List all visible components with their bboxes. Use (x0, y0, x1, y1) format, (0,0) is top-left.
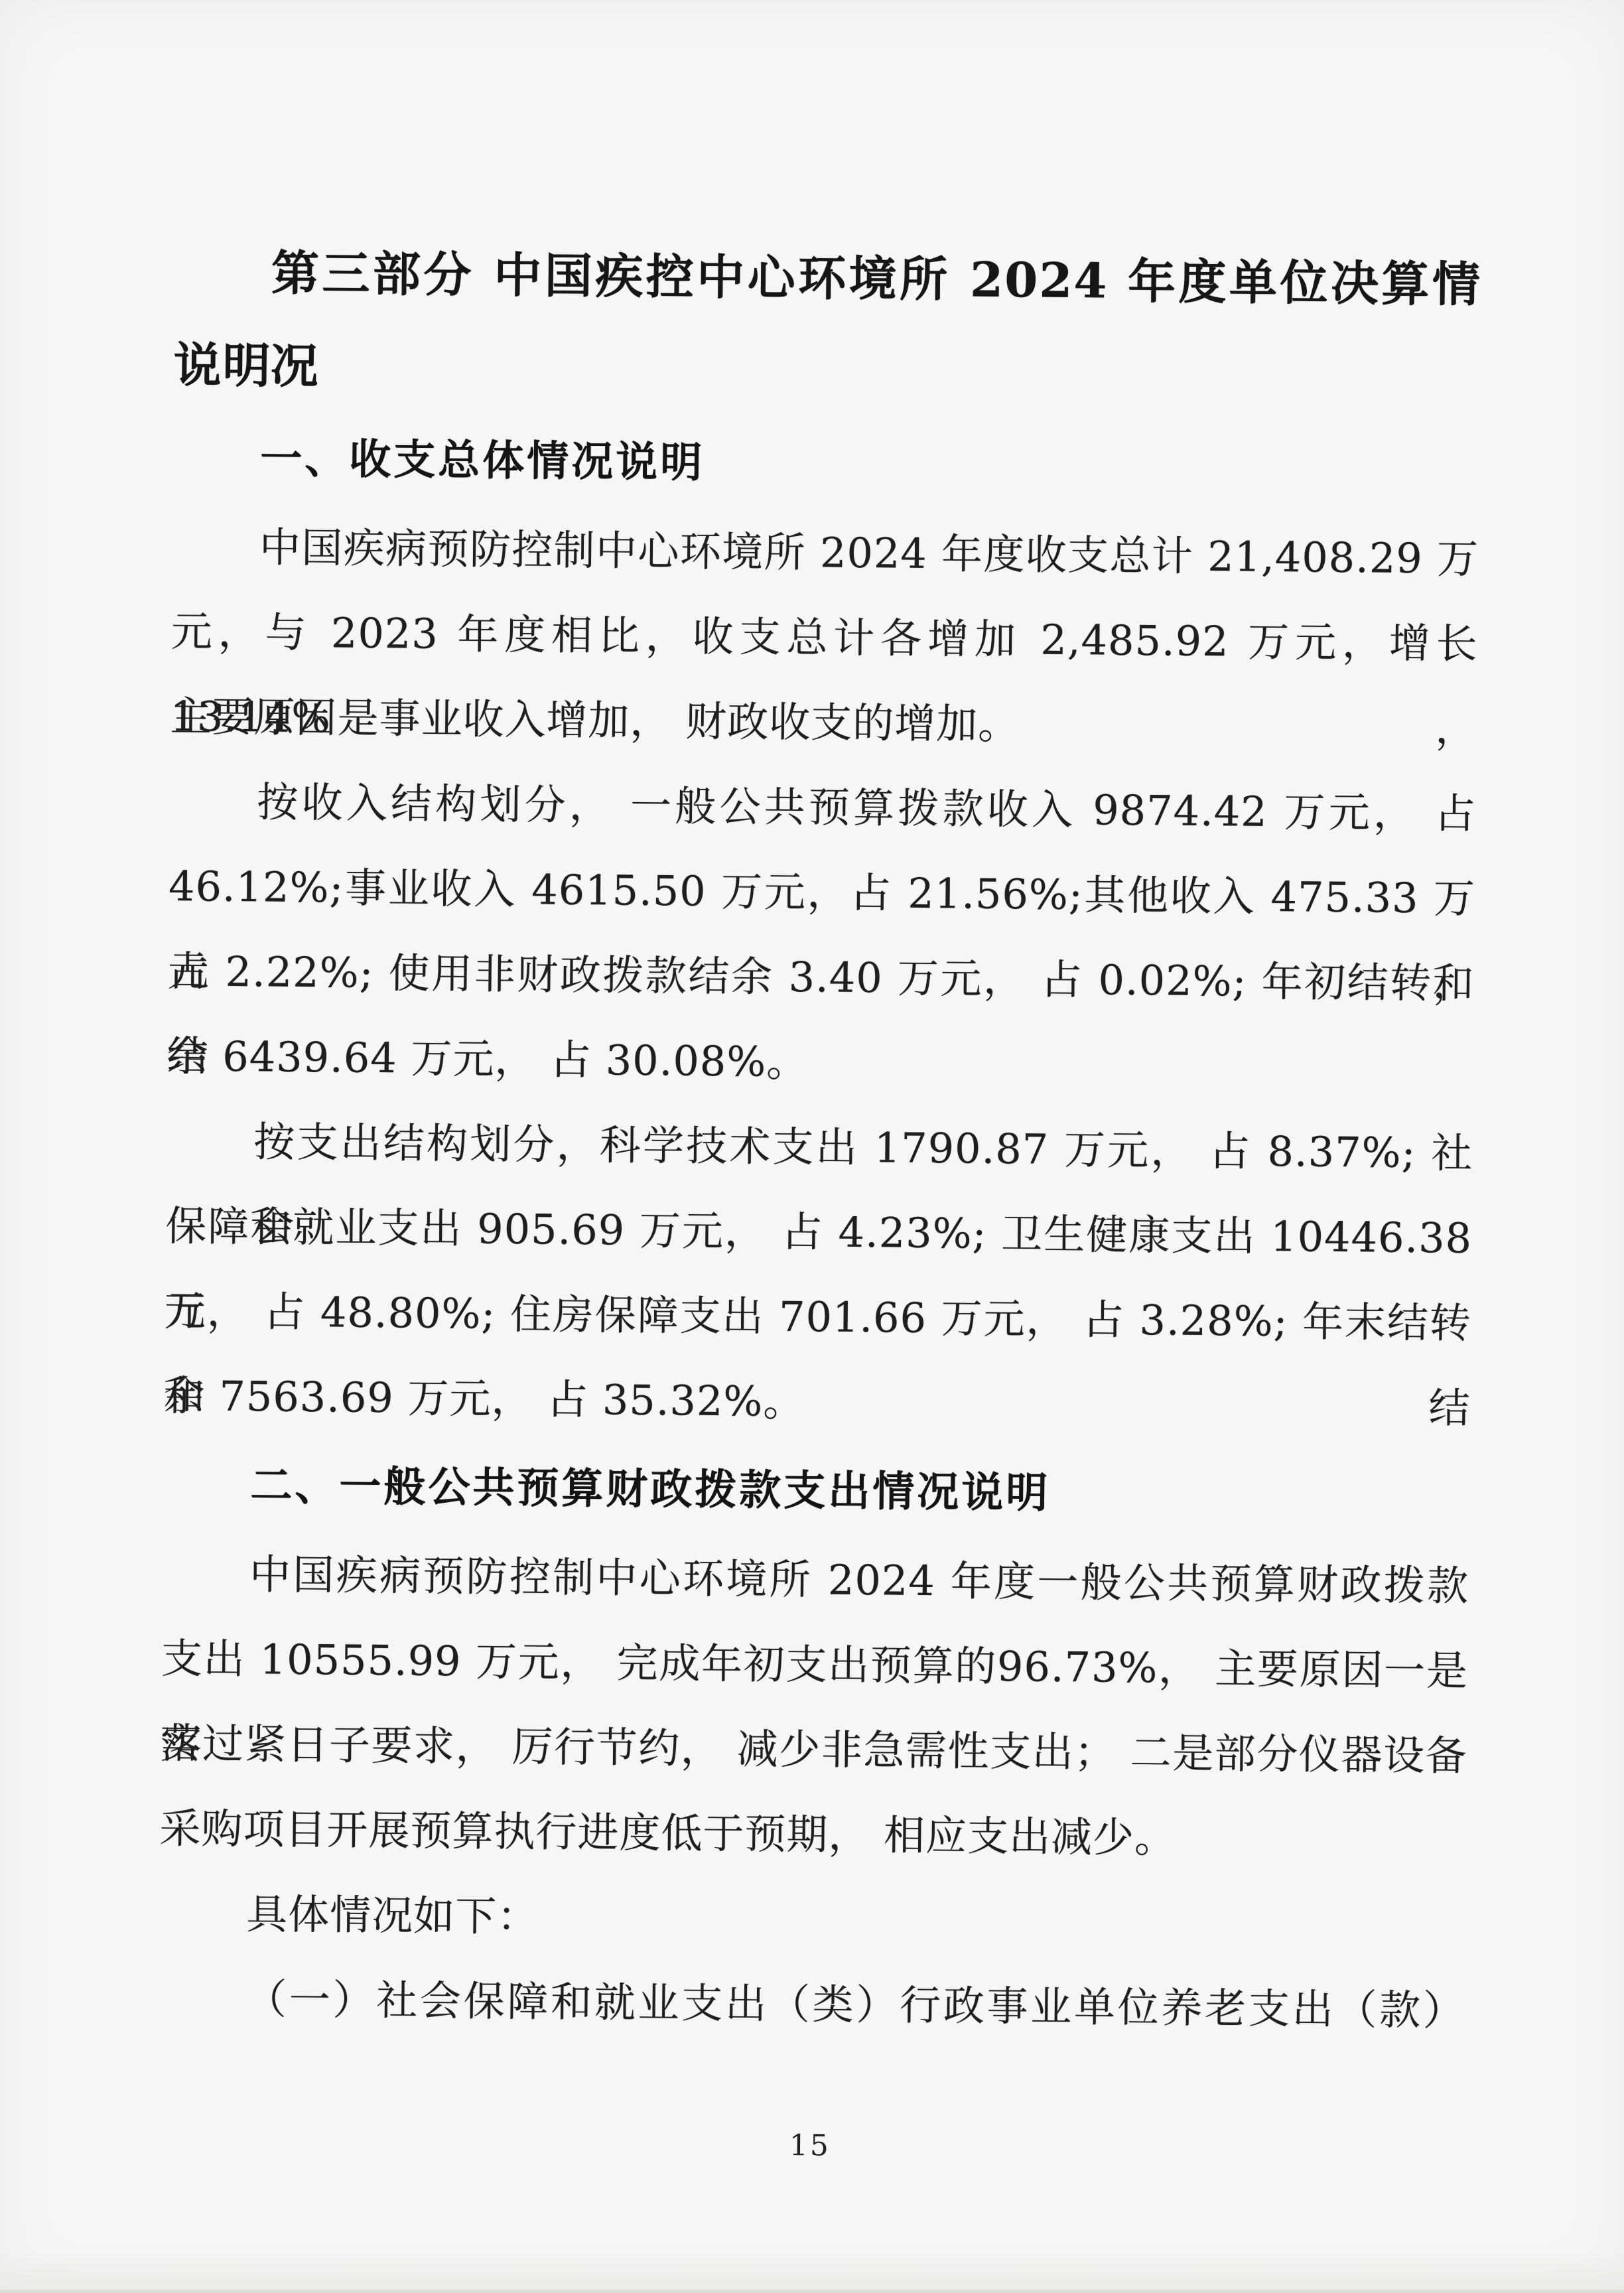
section-2-para-1-line-2: 支出 10555.99 万元， 完成年初支出预算的96.73%， 主要原因一是落 (161, 1616, 1468, 1714)
section-1-para-3-line-2: 保障和就业支出 905.69 万元， 占 4.23%; 卫生健康支出 10446… (165, 1184, 1473, 1281)
section-2-para-1-line-4: 采购项目开展预算执行进度低于预期， 相应支出减少。 (159, 1786, 1467, 1884)
section-1-para-3-line-3: 元， 占 48.80%; 住房保障支出 701.66 万元， 占 3.28%; … (164, 1269, 1471, 1366)
section-2-heading: 二、一般公共预算财政拨款支出情况说明 (163, 1438, 1470, 1544)
scanned-document-page: 第三部分 中国疾控中心环境所 2024 年度单位决算情况 说明 一、收支总体情况… (0, 0, 1624, 2293)
document-title-line-2: 说明 (173, 318, 1481, 424)
section-1-para-1-line-2: 元，与 2023 年度相比，收支总计各增加 2,485.92 万元，增长 13.… (170, 589, 1478, 687)
section-1-para-2-line-2: 46.12%;事业收入 4615.50 万元，占 21.56%;其他收入 475… (168, 844, 1475, 941)
document-content: 第三部分 中国疾控中心环境所 2024 年度单位决算情况 说明 一、收支总体情况… (157, 226, 1481, 2053)
section-1-para-2-line-3: 占 2.22%; 使用非财政拨款结余 3.40 万元， 占 0.02%; 年初结… (167, 929, 1475, 1026)
scan-bottom-edge (0, 2251, 1624, 2293)
section-1-para-3-line-1: 按支出结构划分，科学技术支出 1790.87 万元， 占 8.37%; 社会 (166, 1099, 1473, 1196)
page-number: 15 (157, 2120, 1463, 2172)
section-2-para-2-line-1: 具体情况如下： (159, 1871, 1466, 1969)
document-title-line-1: 第三部分 中国疾控中心环境所 2024 年度单位决算情况 (174, 226, 1481, 331)
section-1-para-1-line-1: 中国疾病预防控制中心环境所 2024 年度收支总计 21,408.29 万 (171, 504, 1479, 602)
section-1-para-2-line-1: 按收入结构划分， 一般公共预算拨款收入 9874.42 万元， 占 (169, 759, 1477, 857)
section-2-para-1-line-1: 中国疾病预防控制中心环境所 2024 年度一般公共预算财政拨款 (162, 1531, 1469, 1629)
section-1-heading: 一、收支总体情况说明 (172, 411, 1480, 517)
section-1-para-2-line-4: 余 6439.64 万元， 占 30.08%。 (167, 1014, 1474, 1111)
section-2-para-1-line-3: 实过紧日子要求， 厉行节约， 减少非急需性支出； 二是部分仪器设备 (160, 1701, 1467, 1799)
section-2-para-3-line-1: （一）社会保障和就业支出（类）行政事业单位养老支出（款） (157, 1956, 1465, 2053)
